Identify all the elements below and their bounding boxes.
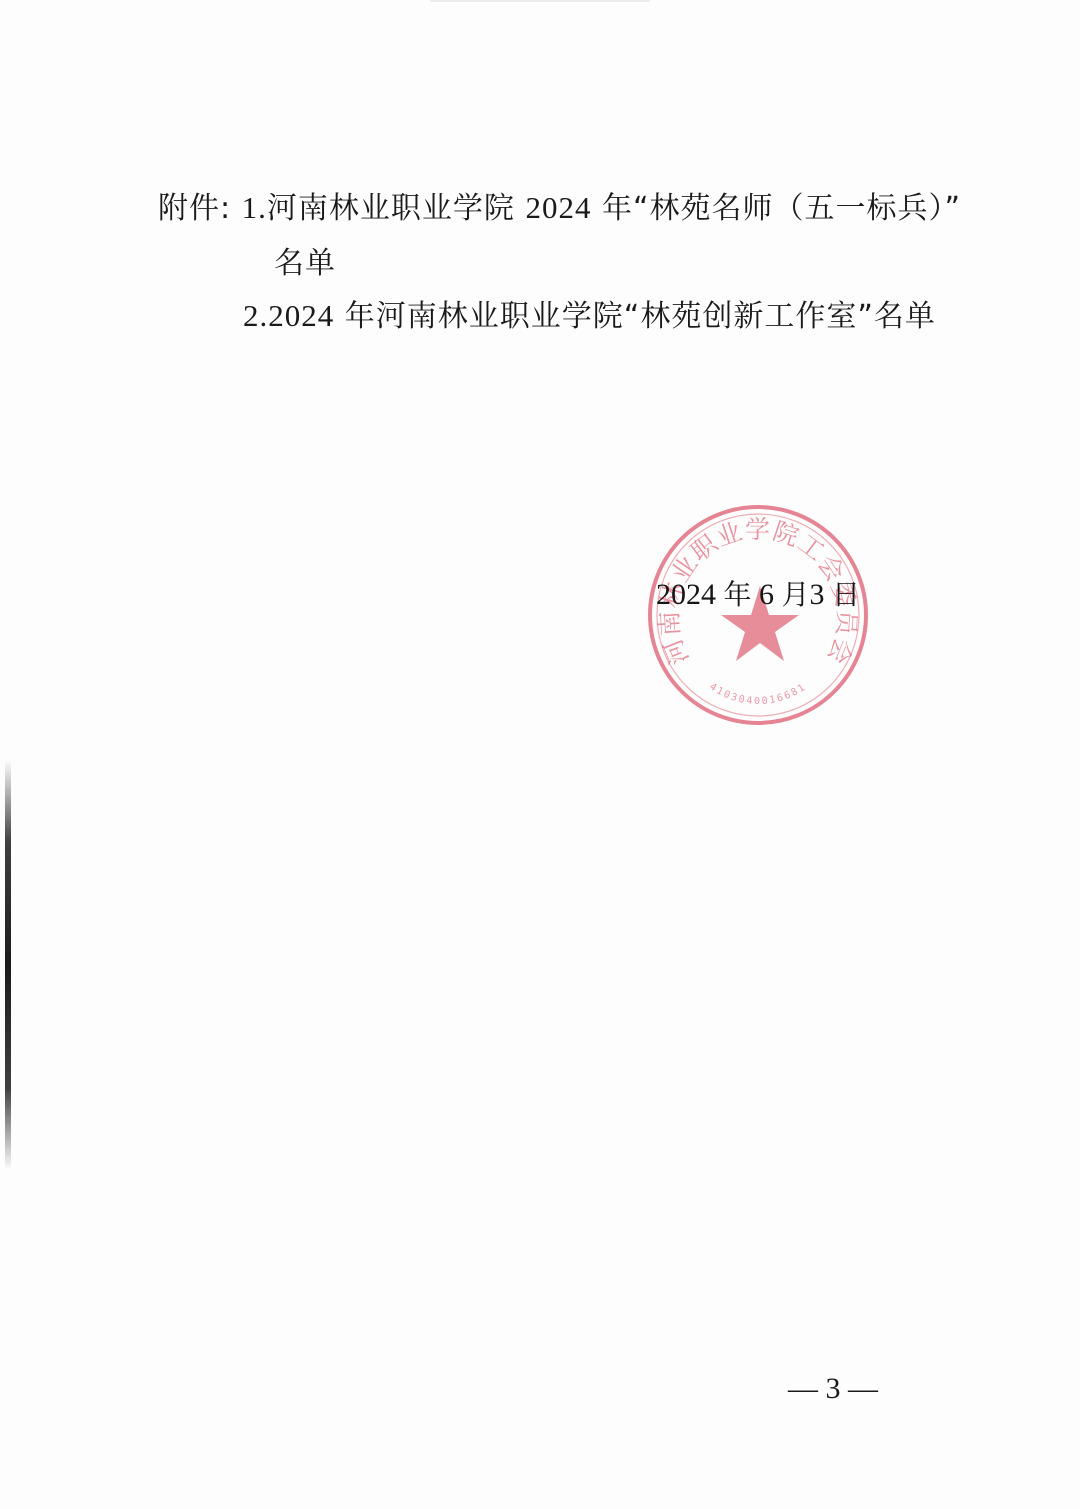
date-month-suffix: 月 xyxy=(782,578,810,611)
scan-edge-shadow xyxy=(5,760,11,1170)
attachment-2-line: 2.2024 年河南林业职业学院“林苑创新工作室”名单 xyxy=(243,299,936,334)
date-day: 3 xyxy=(810,578,825,611)
document-page: 附件: 1.河南林业职业学院 2024 年“林苑名师（五一标兵）” 名单 2.2… xyxy=(0,0,1080,1509)
official-seal-icon: 河南林业职业学院工会委员会 4103040016681 xyxy=(646,503,870,727)
seal-code-text: 4103040016681 xyxy=(707,681,808,707)
attachment-1-year: 2024 xyxy=(525,190,591,225)
date-day-suffix: 日 xyxy=(832,578,860,611)
svg-text:4103040016681: 4103040016681 xyxy=(707,681,808,707)
page-number: — 3 — xyxy=(788,1372,878,1406)
date-month: 6 xyxy=(759,578,774,611)
attachment-1-text-part1: 河南林业职业学院 xyxy=(267,191,515,226)
attachment-2-text: 年河南林业职业学院“林苑创新工作室”名单 xyxy=(345,299,936,334)
attachment-1-continuation-text: 名单 xyxy=(274,246,336,281)
attachment-1-continuation: 名单 xyxy=(274,247,336,281)
attachment-1-index: 1. xyxy=(242,190,267,225)
attachments-label: 附件: xyxy=(158,191,231,226)
date-year: 2024 xyxy=(656,578,716,611)
attachment-1-line: 附件: 1.河南林业职业学院 2024 年“林苑名师（五一标兵）” xyxy=(158,191,961,226)
attachment-2-index: 2. xyxy=(243,298,268,333)
document-date: 2024 年 6 月3 日 xyxy=(656,578,860,612)
attachment-2-year: 2024 xyxy=(268,298,334,333)
attachment-1-text-part2: 年“林苑名师（五一标兵）” xyxy=(602,191,961,226)
date-year-suffix: 年 xyxy=(724,578,752,611)
scan-artifact-top xyxy=(430,0,650,2)
